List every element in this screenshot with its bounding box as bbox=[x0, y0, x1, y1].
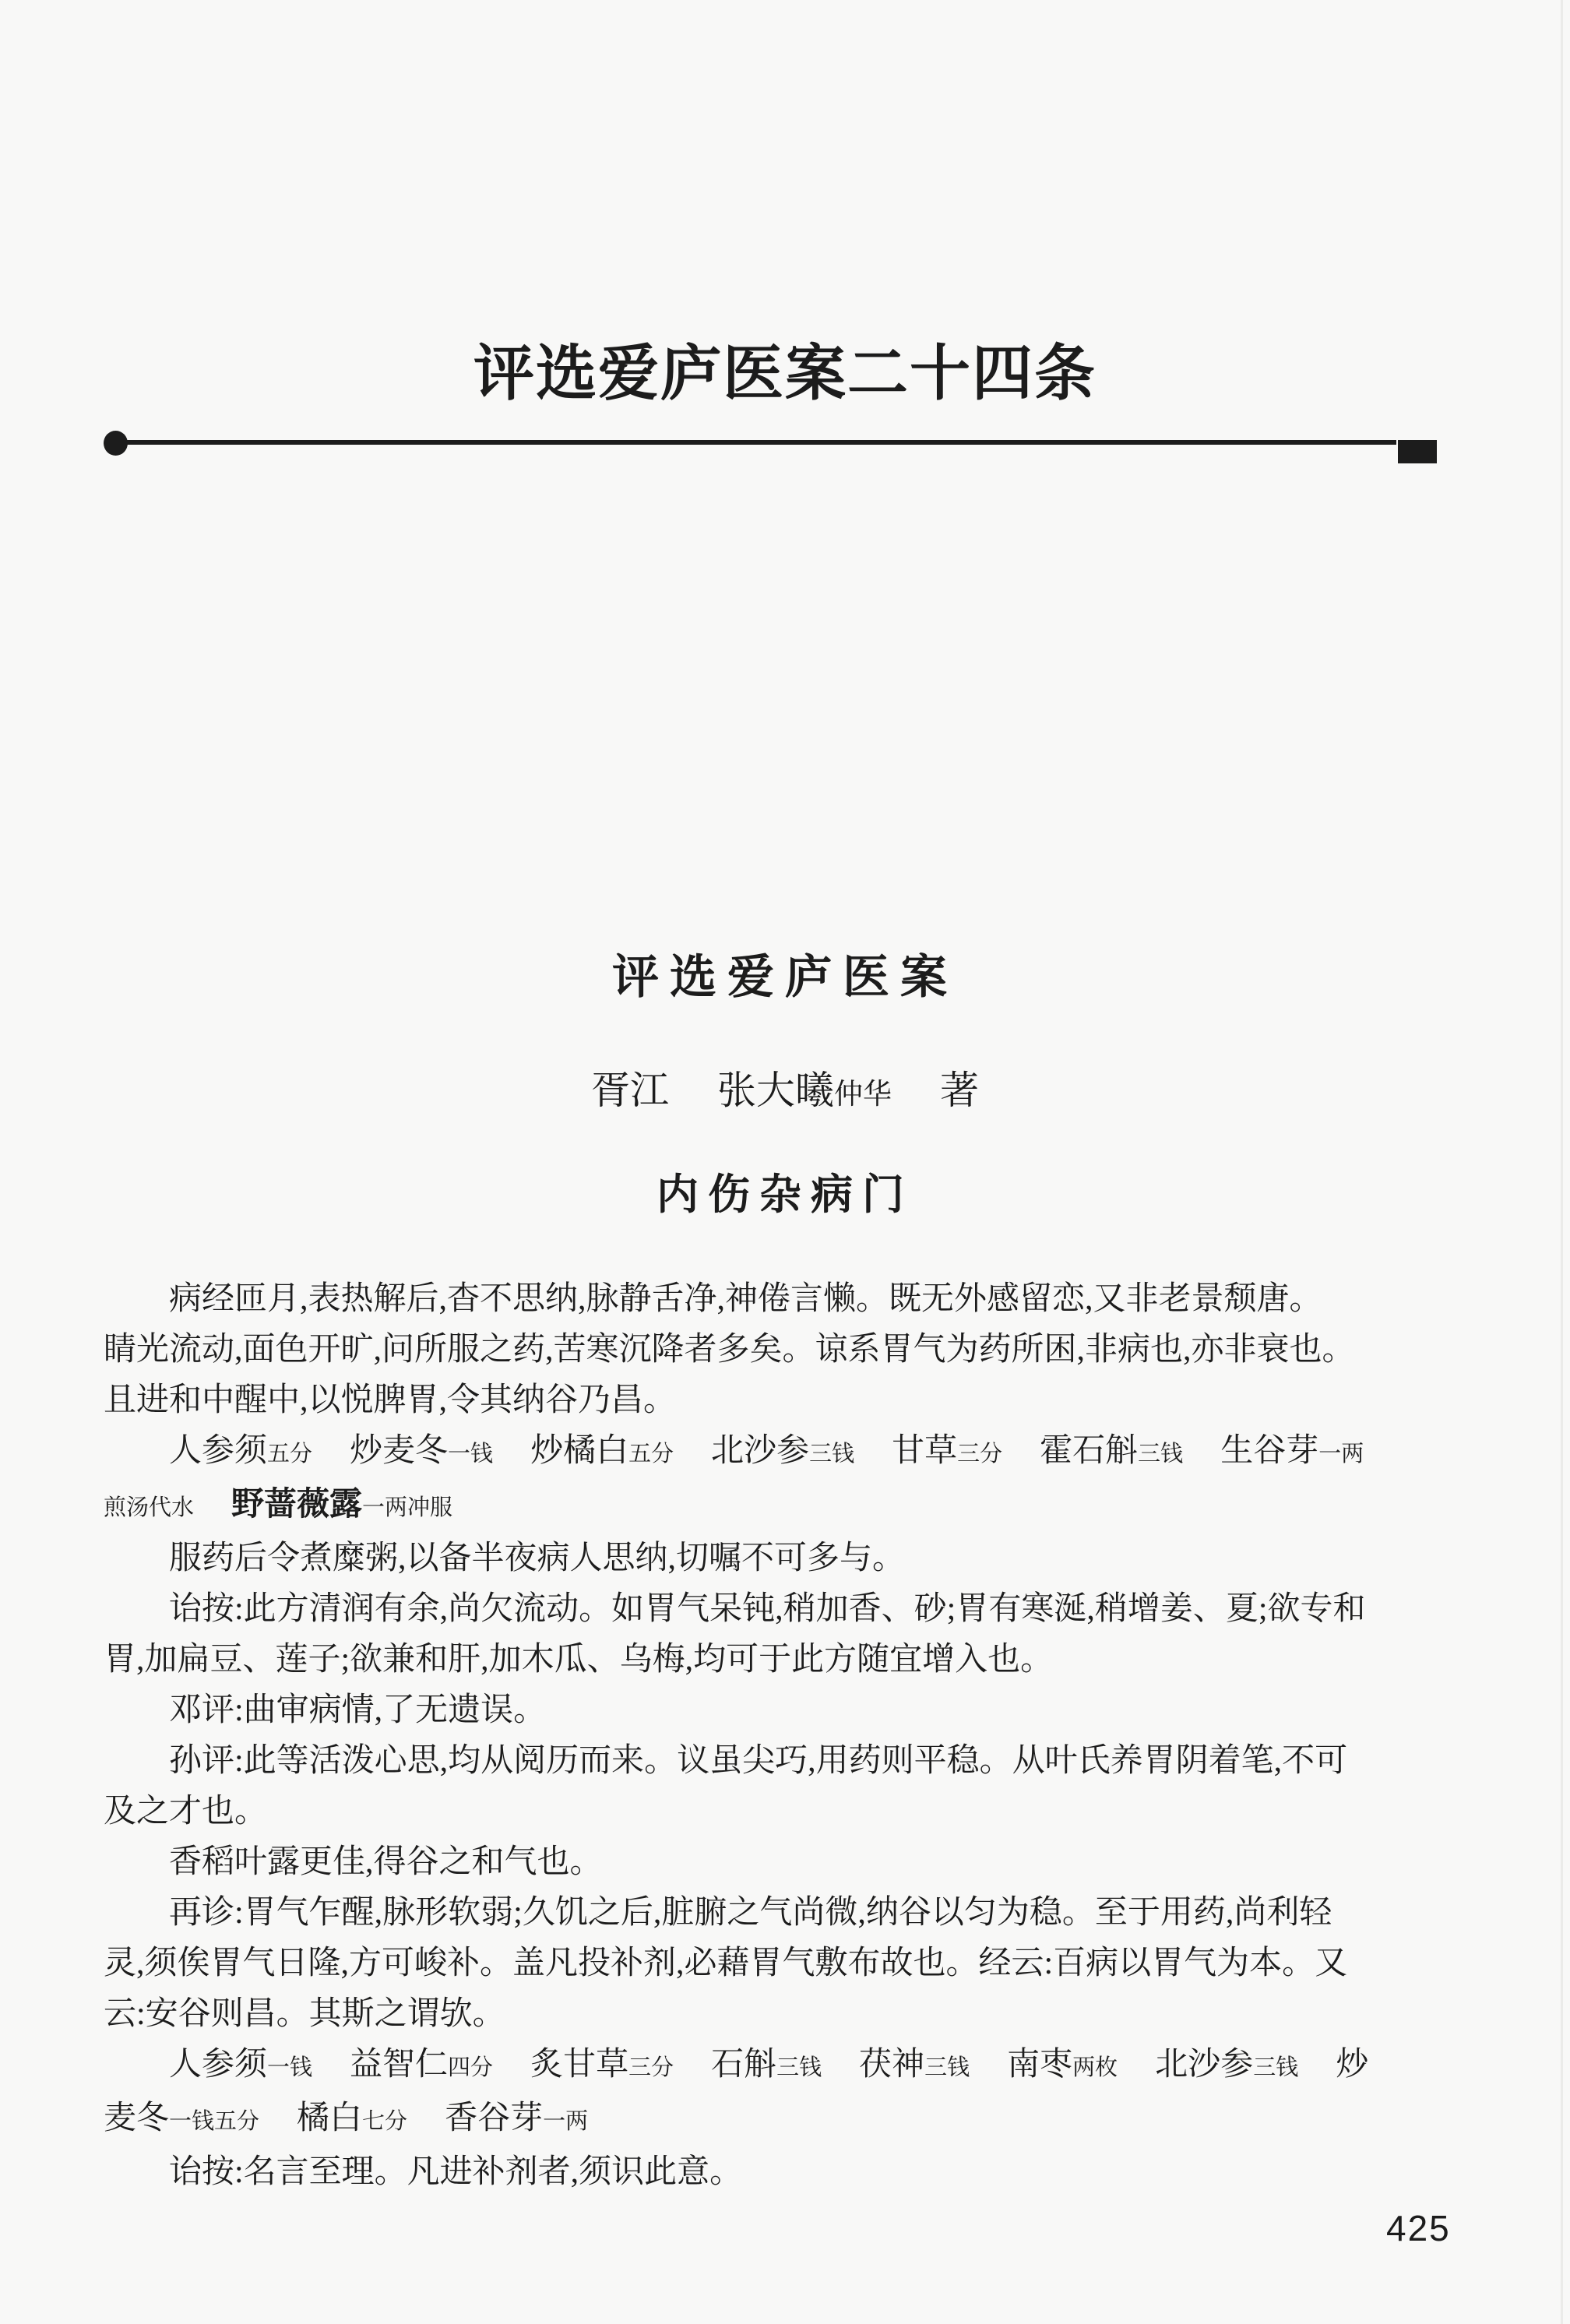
text-segment: 人参须 bbox=[169, 2047, 267, 2083]
text-segment: 甘草 bbox=[892, 1433, 957, 1469]
text-segment: 益智仁 bbox=[350, 2047, 448, 2083]
text-segment: 生谷芽 bbox=[1220, 1433, 1318, 1469]
body-line: 人参须五分炒麦冬一钱炒橘白五分北沙参三钱甘草三分霍石斛三钱生谷芽一两 bbox=[104, 1426, 1468, 1480]
body-line: 诒按:此方清润有余,尚欠流动。如胃气呆钝,稍加香、砂;胃有寒涎,稍增姜、夏;欲专… bbox=[104, 1584, 1468, 1635]
body-line: 麦冬一钱五分橘白七分香谷芽一两 bbox=[104, 2093, 1468, 2147]
body-line: 孙评:此等活泼心思,均从阅历而来。议虽尖巧,用药则平稳。从叶氏养胃阴着笔,不可 bbox=[104, 1736, 1468, 1787]
text-segment: 茯神 bbox=[859, 2047, 924, 2083]
text-segment: 炙甘草 bbox=[530, 2047, 628, 2083]
text-segment: 诒按:名言至理。凡进补剂者,须识此意。 bbox=[169, 2154, 742, 2190]
body-line: 云:安谷则昌。其斯之谓欤。 bbox=[104, 1989, 1468, 2040]
body-line: 香稻叶露更佳,得谷之和气也。 bbox=[104, 1837, 1468, 1888]
text-segment: 三分 bbox=[957, 1442, 1002, 1467]
body-line: 且进和中醒中,以悦脾胃,令其纳谷乃昌。 bbox=[104, 1375, 1468, 1426]
body-line: 邓评:曲审病情,了无遗误。 bbox=[104, 1685, 1468, 1736]
text-segment: 且进和中醒中,以悦脾胃,令其纳谷乃昌。 bbox=[104, 1382, 676, 1418]
text-segment: 人参须 bbox=[169, 1433, 267, 1469]
text-segment: 野蔷薇露 bbox=[231, 1487, 362, 1523]
author-courtesy-name: 仲华 bbox=[834, 1079, 892, 1111]
rule-square-icon bbox=[1398, 440, 1437, 463]
chapter-heading: 内伤杂病门 bbox=[0, 1164, 1570, 1226]
body-line: 及之才也。 bbox=[104, 1787, 1468, 1837]
case-body: 病经匝月,表热解后,杳不思纳,脉静舌净,神倦言懒。既无外感留恋,又非老景颓唐。睛… bbox=[104, 1274, 1468, 2198]
page-number: 425 bbox=[1386, 2207, 1451, 2249]
text-segment: 北沙参 bbox=[711, 1433, 809, 1469]
text-segment: 灵,须俟胃气日隆,方可峻补。盖凡投补剂,必藉胃气敷布故也。经云:百病以胃气为本。… bbox=[104, 1945, 1347, 1981]
body-line: 诒按:名言至理。凡进补剂者,须识此意。 bbox=[104, 2147, 1468, 2198]
text-segment: 两枚 bbox=[1072, 2055, 1118, 2080]
text-segment: 麦冬 bbox=[104, 2100, 169, 2136]
text-segment: 三钱 bbox=[1253, 2055, 1298, 2080]
section-heading: 评选爱庐医案 bbox=[0, 946, 1570, 1009]
text-segment: 煎汤代水 bbox=[104, 1495, 194, 1520]
text-segment: 北沙参 bbox=[1155, 2047, 1253, 2083]
text-segment: 一钱 bbox=[448, 1442, 493, 1467]
body-line: 灵,须俟胃气日隆,方可峻补。盖凡投补剂,必藉胃气敷布故也。经云:百病以胃气为本。… bbox=[104, 1938, 1468, 1989]
text-segment: 邓评:曲审病情,了无遗误。 bbox=[169, 1692, 546, 1728]
text-segment: 一钱五分 bbox=[169, 2109, 259, 2134]
text-segment: 三钱 bbox=[776, 2055, 822, 2080]
body-line: 再诊:胃气乍醒,脉形软弱;久饥之后,脏腑之气尚微,纳谷以匀为稳。至于用药,尚利轻 bbox=[104, 1888, 1468, 1938]
text-segment: 胃,加扁豆、莲子;欲兼和肝,加木瓜、乌梅,均可于此方随宜增入也。 bbox=[104, 1642, 1053, 1678]
body-line: 睛光流动,面色开旷,问所服之药,苦寒沉降者多矣。谅系胃气为药所困,非病也,亦非衰… bbox=[104, 1325, 1468, 1375]
text-segment: 三钱 bbox=[809, 1442, 854, 1467]
text-segment: 香稻叶露更佳,得谷之和气也。 bbox=[169, 1844, 603, 1880]
text-segment: 睛光流动,面色开旷,问所服之药,苦寒沉降者多矣。谅系胃气为药所困,非病也,亦非衰… bbox=[104, 1332, 1355, 1368]
author-place: 胥江 bbox=[591, 1069, 669, 1112]
body-line: 胃,加扁豆、莲子;欲兼和肝,加木瓜、乌梅,均可于此方随宜增入也。 bbox=[104, 1635, 1468, 1685]
text-segment: 霍石斛 bbox=[1040, 1433, 1138, 1469]
author-line: 胥江张大曦仲华著 bbox=[0, 1061, 1570, 1125]
text-segment: 三钱 bbox=[1138, 1442, 1183, 1467]
text-segment: 五分 bbox=[628, 1442, 674, 1467]
text-segment: 云:安谷则昌。其斯之谓欤。 bbox=[104, 1996, 505, 2032]
text-segment: 一两冲服 bbox=[362, 1495, 452, 1520]
body-line: 煎汤代水野蔷薇露一两冲服 bbox=[104, 1480, 1468, 1533]
text-segment: 香谷芽 bbox=[445, 2100, 543, 2136]
text-segment: 孙评:此等活泼心思,均从阅历而来。议虽尖巧,用药则平稳。从叶氏养胃阴着笔,不可 bbox=[169, 1743, 1347, 1779]
text-segment: 橘白 bbox=[297, 2100, 362, 2136]
text-segment: 再诊:胃气乍醒,脉形软弱;久饥之后,脏腑之气尚微,纳谷以匀为稳。至于用药,尚利轻 bbox=[169, 1895, 1332, 1931]
text-segment: 五分 bbox=[267, 1442, 312, 1467]
text-segment: 服药后令煮糜粥,以备半夜病人思纳,切嘱不可多与。 bbox=[169, 1541, 905, 1576]
author-suffix: 著 bbox=[940, 1069, 979, 1112]
page-title: 评选爱庐医案二十四条 bbox=[0, 330, 1570, 416]
text-segment: 一两 bbox=[543, 2109, 588, 2134]
text-segment: 三分 bbox=[628, 2055, 674, 2080]
text-segment: 一两 bbox=[1318, 1442, 1364, 1467]
text-segment: 一钱 bbox=[267, 2055, 312, 2080]
text-segment: 炒麦冬 bbox=[350, 1433, 448, 1469]
rule-bar bbox=[118, 440, 1396, 445]
text-segment: 炒橘白 bbox=[530, 1433, 628, 1469]
text-segment: 炒 bbox=[1336, 2047, 1368, 2083]
text-segment: 石斛 bbox=[711, 2047, 776, 2083]
author-name: 张大曦 bbox=[717, 1069, 834, 1112]
text-segment: 三钱 bbox=[924, 2055, 970, 2080]
body-line: 人参须一钱益智仁四分炙甘草三分石斛三钱茯神三钱南枣两枚北沙参三钱炒 bbox=[104, 2040, 1468, 2093]
body-line: 病经匝月,表热解后,杳不思纳,脉静舌净,神倦言懒。既无外感留恋,又非老景颓唐。 bbox=[104, 1274, 1468, 1325]
title-rule bbox=[104, 431, 1437, 463]
text-segment: 诒按:此方清润有余,尚欠流动。如胃气呆钝,稍加香、砂;胃有寒涎,稍增姜、夏;欲专… bbox=[169, 1591, 1366, 1627]
text-segment: 及之才也。 bbox=[104, 1794, 267, 1829]
book-page: 评选爱庐医案二十四条 评选爱庐医案 胥江张大曦仲华著 内伤杂病门 病经匝月,表热… bbox=[0, 0, 1570, 2324]
body-line: 服药后令煮糜粥,以备半夜病人思纳,切嘱不可多与。 bbox=[104, 1533, 1468, 1584]
text-segment: 南枣 bbox=[1007, 2047, 1072, 2083]
text-segment: 七分 bbox=[362, 2109, 407, 2134]
text-segment: 病经匝月,表热解后,杳不思纳,脉静舌净,神倦言懒。既无外感留恋,又非老景颓唐。 bbox=[169, 1281, 1322, 1317]
text-segment: 四分 bbox=[448, 2055, 493, 2080]
